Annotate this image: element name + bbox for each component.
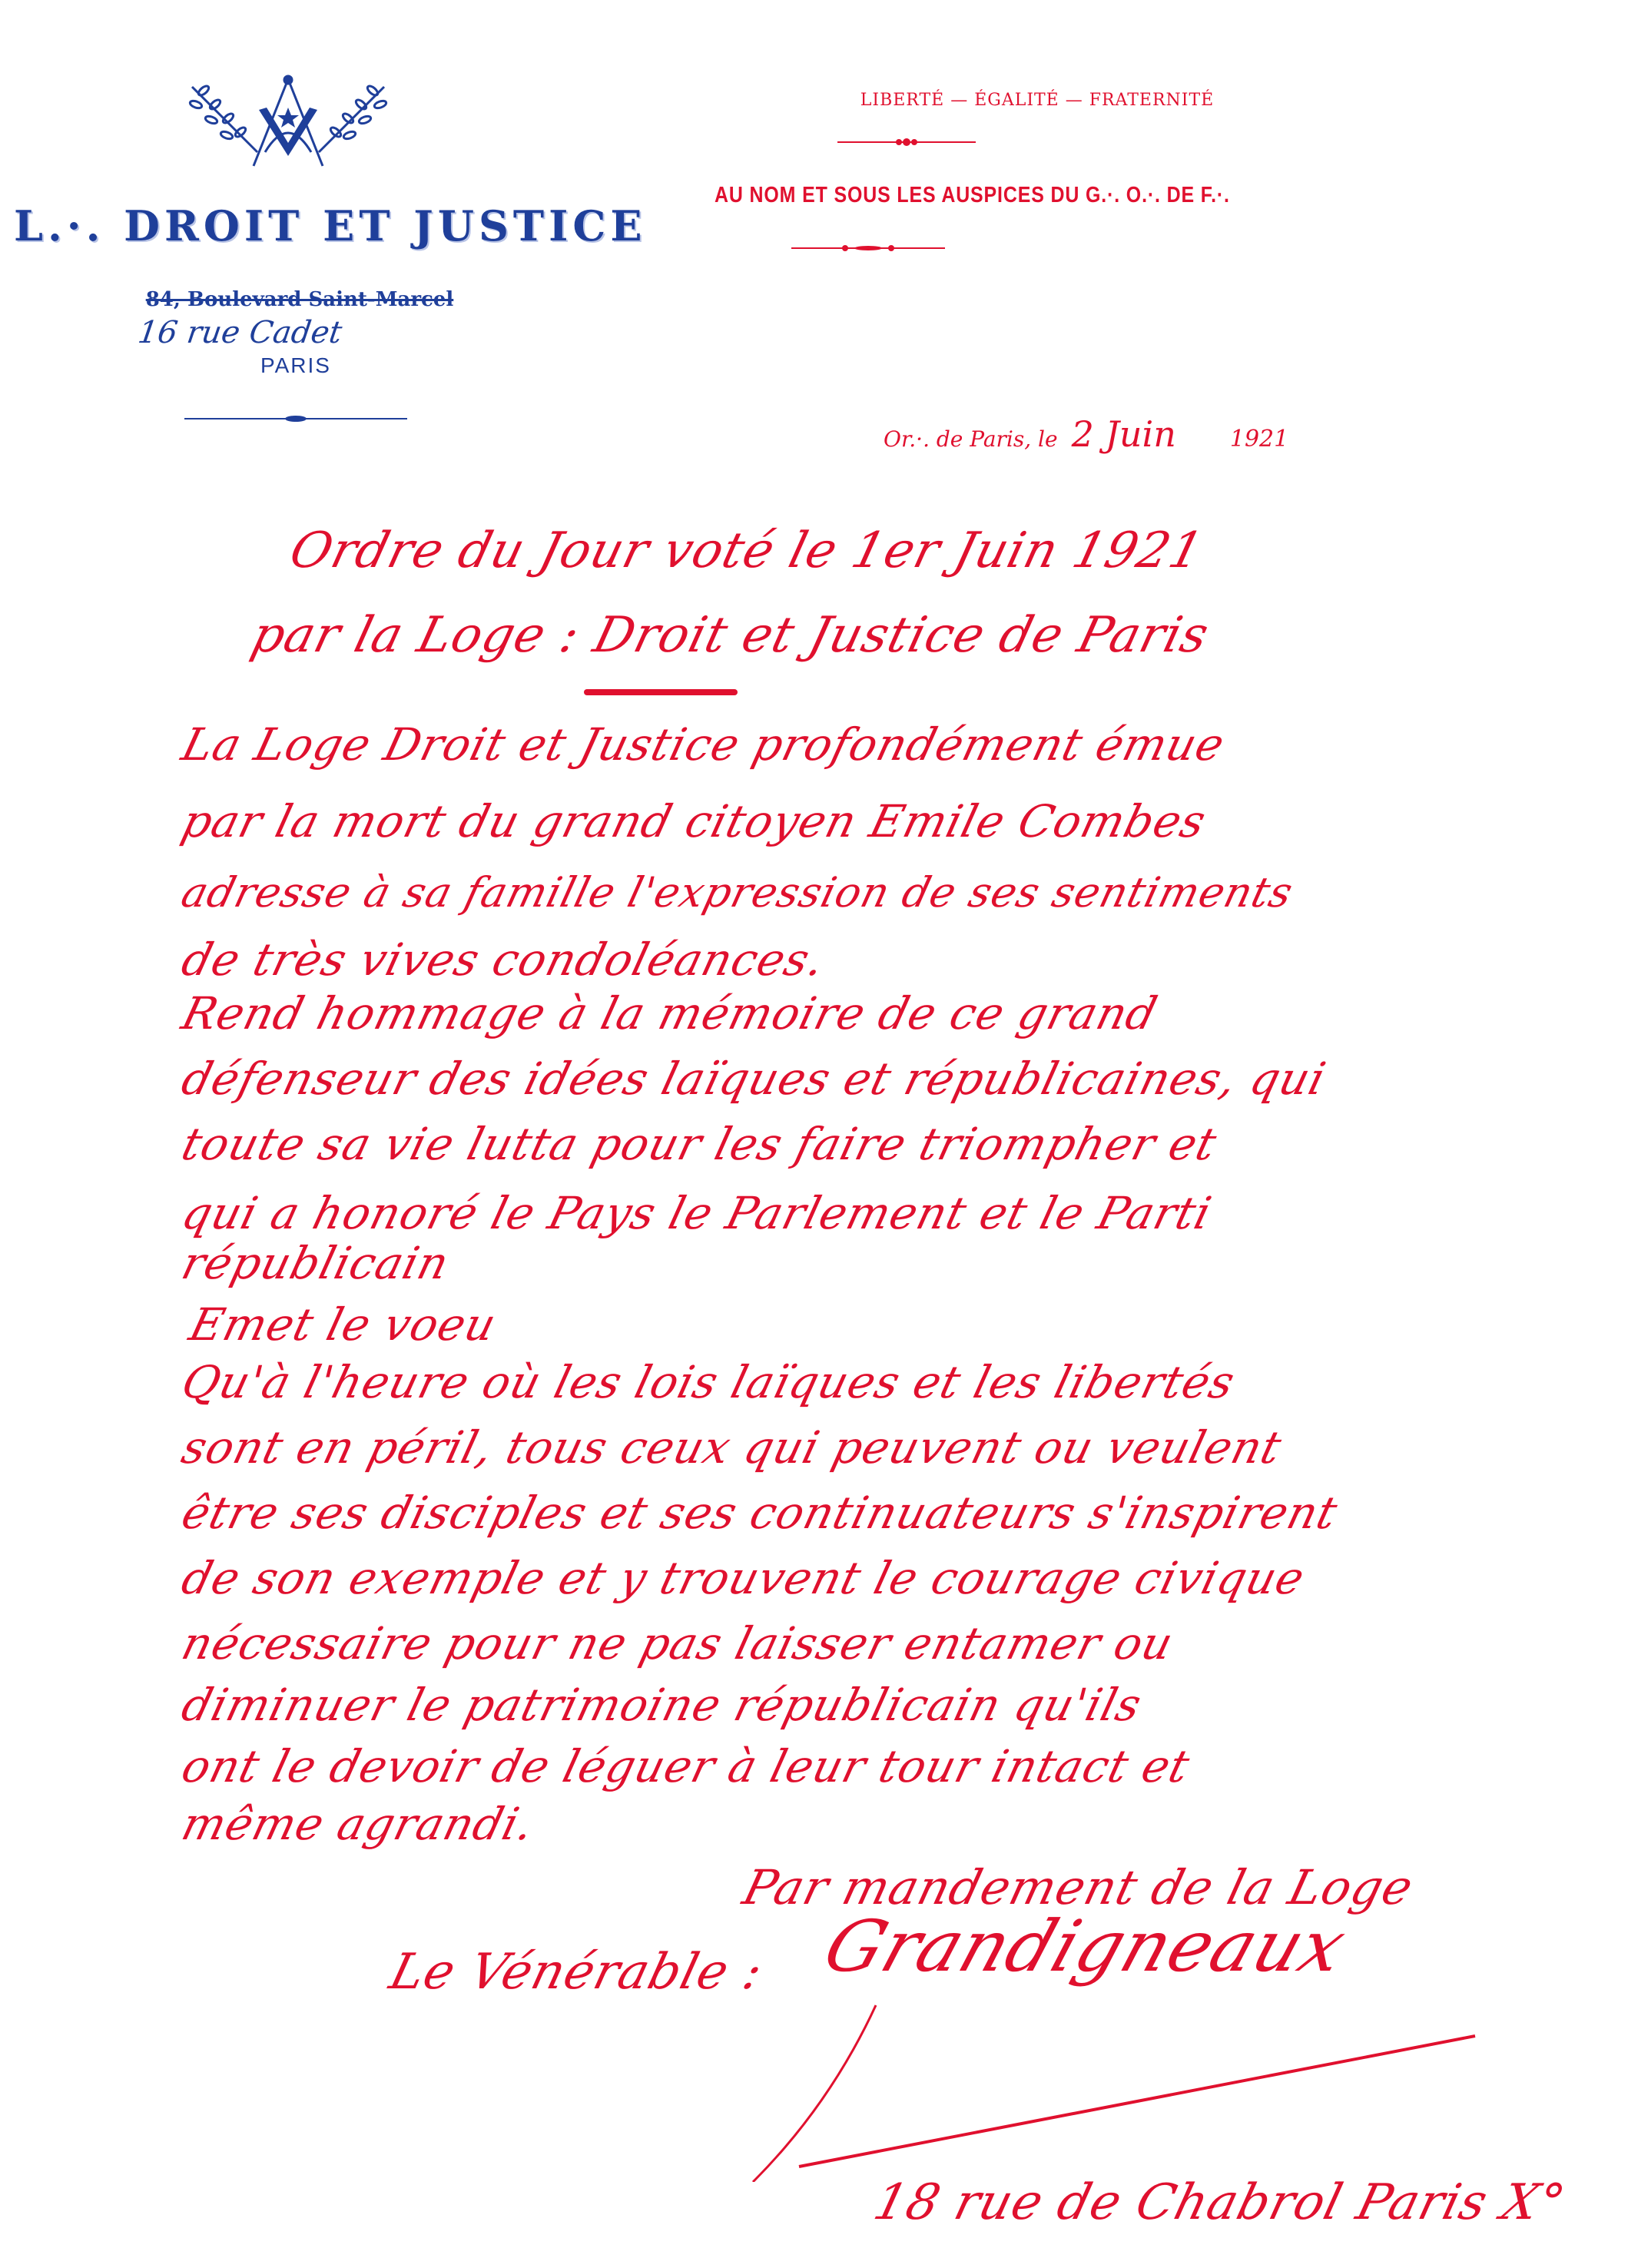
dateline: Or.·. de Paris, le2 Juin1921 <box>884 413 1498 455</box>
body-line: adresse à sa famille l'expression de ses… <box>177 868 1298 917</box>
body-line: diminuer le patrimoine républicain qu'il… <box>177 1679 1147 1731</box>
old-address-struck: 84, Boulevard Saint-Marcel <box>108 288 492 311</box>
signature: Grandigneaux <box>814 1905 1356 1988</box>
body-line: La Loge Droit et Justice profondément ém… <box>177 718 1230 771</box>
body-line: être ses disciples et ses continuateurs … <box>177 1487 1343 1539</box>
body-line: de son exemple et y trouvent le courage … <box>177 1552 1310 1604</box>
auspices-heading: AU NOM ET SOUS LES AUSPICES DU G.·. O.·.… <box>715 183 1309 208</box>
body-line: Qu'à l'heure où les lois laïques et les … <box>177 1356 1240 1408</box>
body-line: Rend hommage à la mémoire de ce grand <box>177 987 1163 1039</box>
republic-motto: LIBERTÉ — ÉGALITÉ — FRATERNITÉ <box>768 91 1306 110</box>
body-line: par la mort du grand citoyen Emile Combe… <box>177 795 1212 847</box>
venerable-label: Le Vénérable : <box>384 1944 768 2001</box>
ornament-divider-icon <box>791 244 945 252</box>
dateline-printed: Or.·. de Paris, le <box>884 426 1058 452</box>
dateline-day-month: 2 Juin <box>1072 413 1176 455</box>
square-and-compass-icon <box>173 68 403 167</box>
letterhead-city: PARIS <box>207 353 384 378</box>
body-line: ont le devoir de léguer à leur tour inta… <box>177 1740 1195 1792</box>
signatory-address: 18 rue de Chabrol Paris X° <box>868 2174 1571 2231</box>
title-line: par la Loge : Droit et Justice de Paris <box>246 607 1215 664</box>
lodge-name: L.·. DROIT ET JUSTICE <box>14 201 582 250</box>
new-address-handwritten: 16 rue Cadet <box>136 315 448 350</box>
body-line: Emet le voeu <box>184 1298 502 1351</box>
title-underline <box>584 689 738 695</box>
body-line: même agrandi. <box>177 1798 540 1850</box>
body-line: toute sa vie lutta pour les faire triomp… <box>177 1118 1222 1170</box>
ornament-divider-icon <box>184 415 407 423</box>
body-line: défenseur des idées laïques et républica… <box>177 1053 1331 1105</box>
body-line: de très vives condoléances. <box>177 933 831 986</box>
body-line: sont en péril, tous ceux qui peuvent ou … <box>177 1421 1287 1474</box>
body-line: nécessaire pour ne pas laisser entamer o… <box>177 1617 1179 1669</box>
ornament-divider-icon <box>837 138 976 146</box>
body-line: qui a honoré le Pays le Parlement et le … <box>177 1187 1217 1239</box>
body-line: républicain <box>177 1237 455 1289</box>
dateline-year: 1921 <box>1230 426 1288 453</box>
title-line: Ordre du Jour voté le 1er Juin 1921 <box>284 522 1209 579</box>
